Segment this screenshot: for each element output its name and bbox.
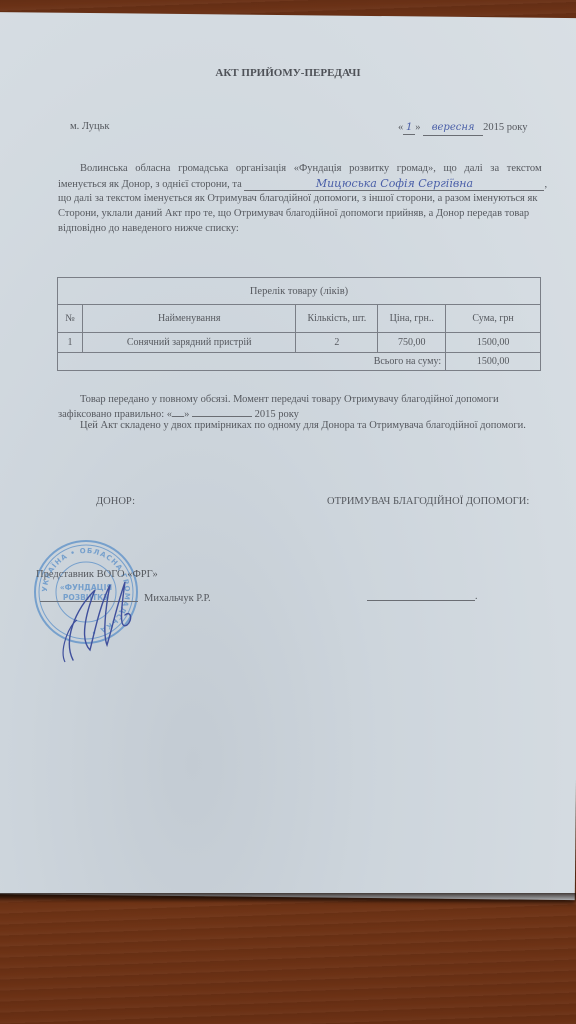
recipient-signature-line [367,600,475,601]
cell-quantity: 2 [296,333,378,353]
cell-price: 750,00 [378,333,446,353]
blank-month [192,406,252,417]
cell-number: 1 [58,333,83,353]
header-number: № [58,305,83,333]
header-sum: Сума, грн [446,305,541,333]
cell-name: Сонячний зарядний пристрій [82,333,296,353]
date-day-handwritten: 1 [403,120,415,135]
closing-paragraph: Товар передано у повному обсязі. Момент … [58,393,548,432]
cell-sum: 1500,00 [446,333,541,353]
header-price: Ціна, грн.. [378,305,446,333]
header-quantity: Кількість, шт. [296,305,378,333]
date-year: 2015 року [483,122,527,133]
intro-line-2: іменується як Донор, з однієї сторони, т… [58,177,538,192]
recipient-heading: ОТРИМУВАЧ БЛАГОДІЙНОЇ ДОПОМОГИ: [327,495,529,509]
intro-line-5: відповідно до наведеного нижче списку: [58,222,538,237]
goods-table-caption: Перелік товару (ліків) [58,278,541,305]
total-label: Всього на суму: [58,353,446,371]
recipient-line-end: . [475,590,478,604]
intro-line-4: Сторони, уклали даний Акт про те, що Отр… [58,207,538,222]
date-month-handwritten: вересня [423,121,483,136]
document-date: «1» вересня2015 року [398,120,527,136]
date-close-quote: » [415,122,420,133]
goods-table: Перелік товару (ліків) № Найменування Кі… [57,277,541,371]
total-value: 1500,00 [446,353,541,371]
city: м. Луцьк [70,120,110,134]
donor-signature-icon [55,570,145,665]
goods-table-header: № Найменування Кількість, шт. Ціна, грн.… [58,305,541,333]
paper-edge-shadow [0,893,576,903]
intro-line-2-suffix: , [544,179,547,190]
document-title: АКТ ПРИЙОМУ-ПЕРЕДАЧІ [0,66,576,80]
closing-line-1: Товар передано у повному обсязі. Момент … [58,393,548,406]
closing-line-2: зафіксовано правильно: «» 2015 року [58,406,548,419]
blank-day [172,406,184,417]
total-row: Всього на суму: 1500,00 [58,353,541,371]
intro-line-2-prefix: іменується як Донор, з однієї сторони, т… [58,179,242,190]
header-name: Найменування [82,305,296,333]
donor-heading: ДОНОР: [96,495,135,509]
closing-line-3: Цей Акт складено у двох примірниках по о… [58,419,548,432]
intro-line-3: що далі за текстом іменується як Отримув… [58,192,538,207]
intro-paragraph: Волинська обласна громадська організація… [58,162,538,237]
donor-signatory-name: Михальчук Р.Р. [144,592,211,606]
paper-sheet [0,12,576,900]
table-row: 1 Сонячний зарядний пристрій 2 750,00 15… [58,333,541,353]
intro-line-1: Волинська обласна громадська організація… [58,162,538,177]
recipient-name-handwritten: Мицюська Софія Сергіївна [244,177,544,191]
